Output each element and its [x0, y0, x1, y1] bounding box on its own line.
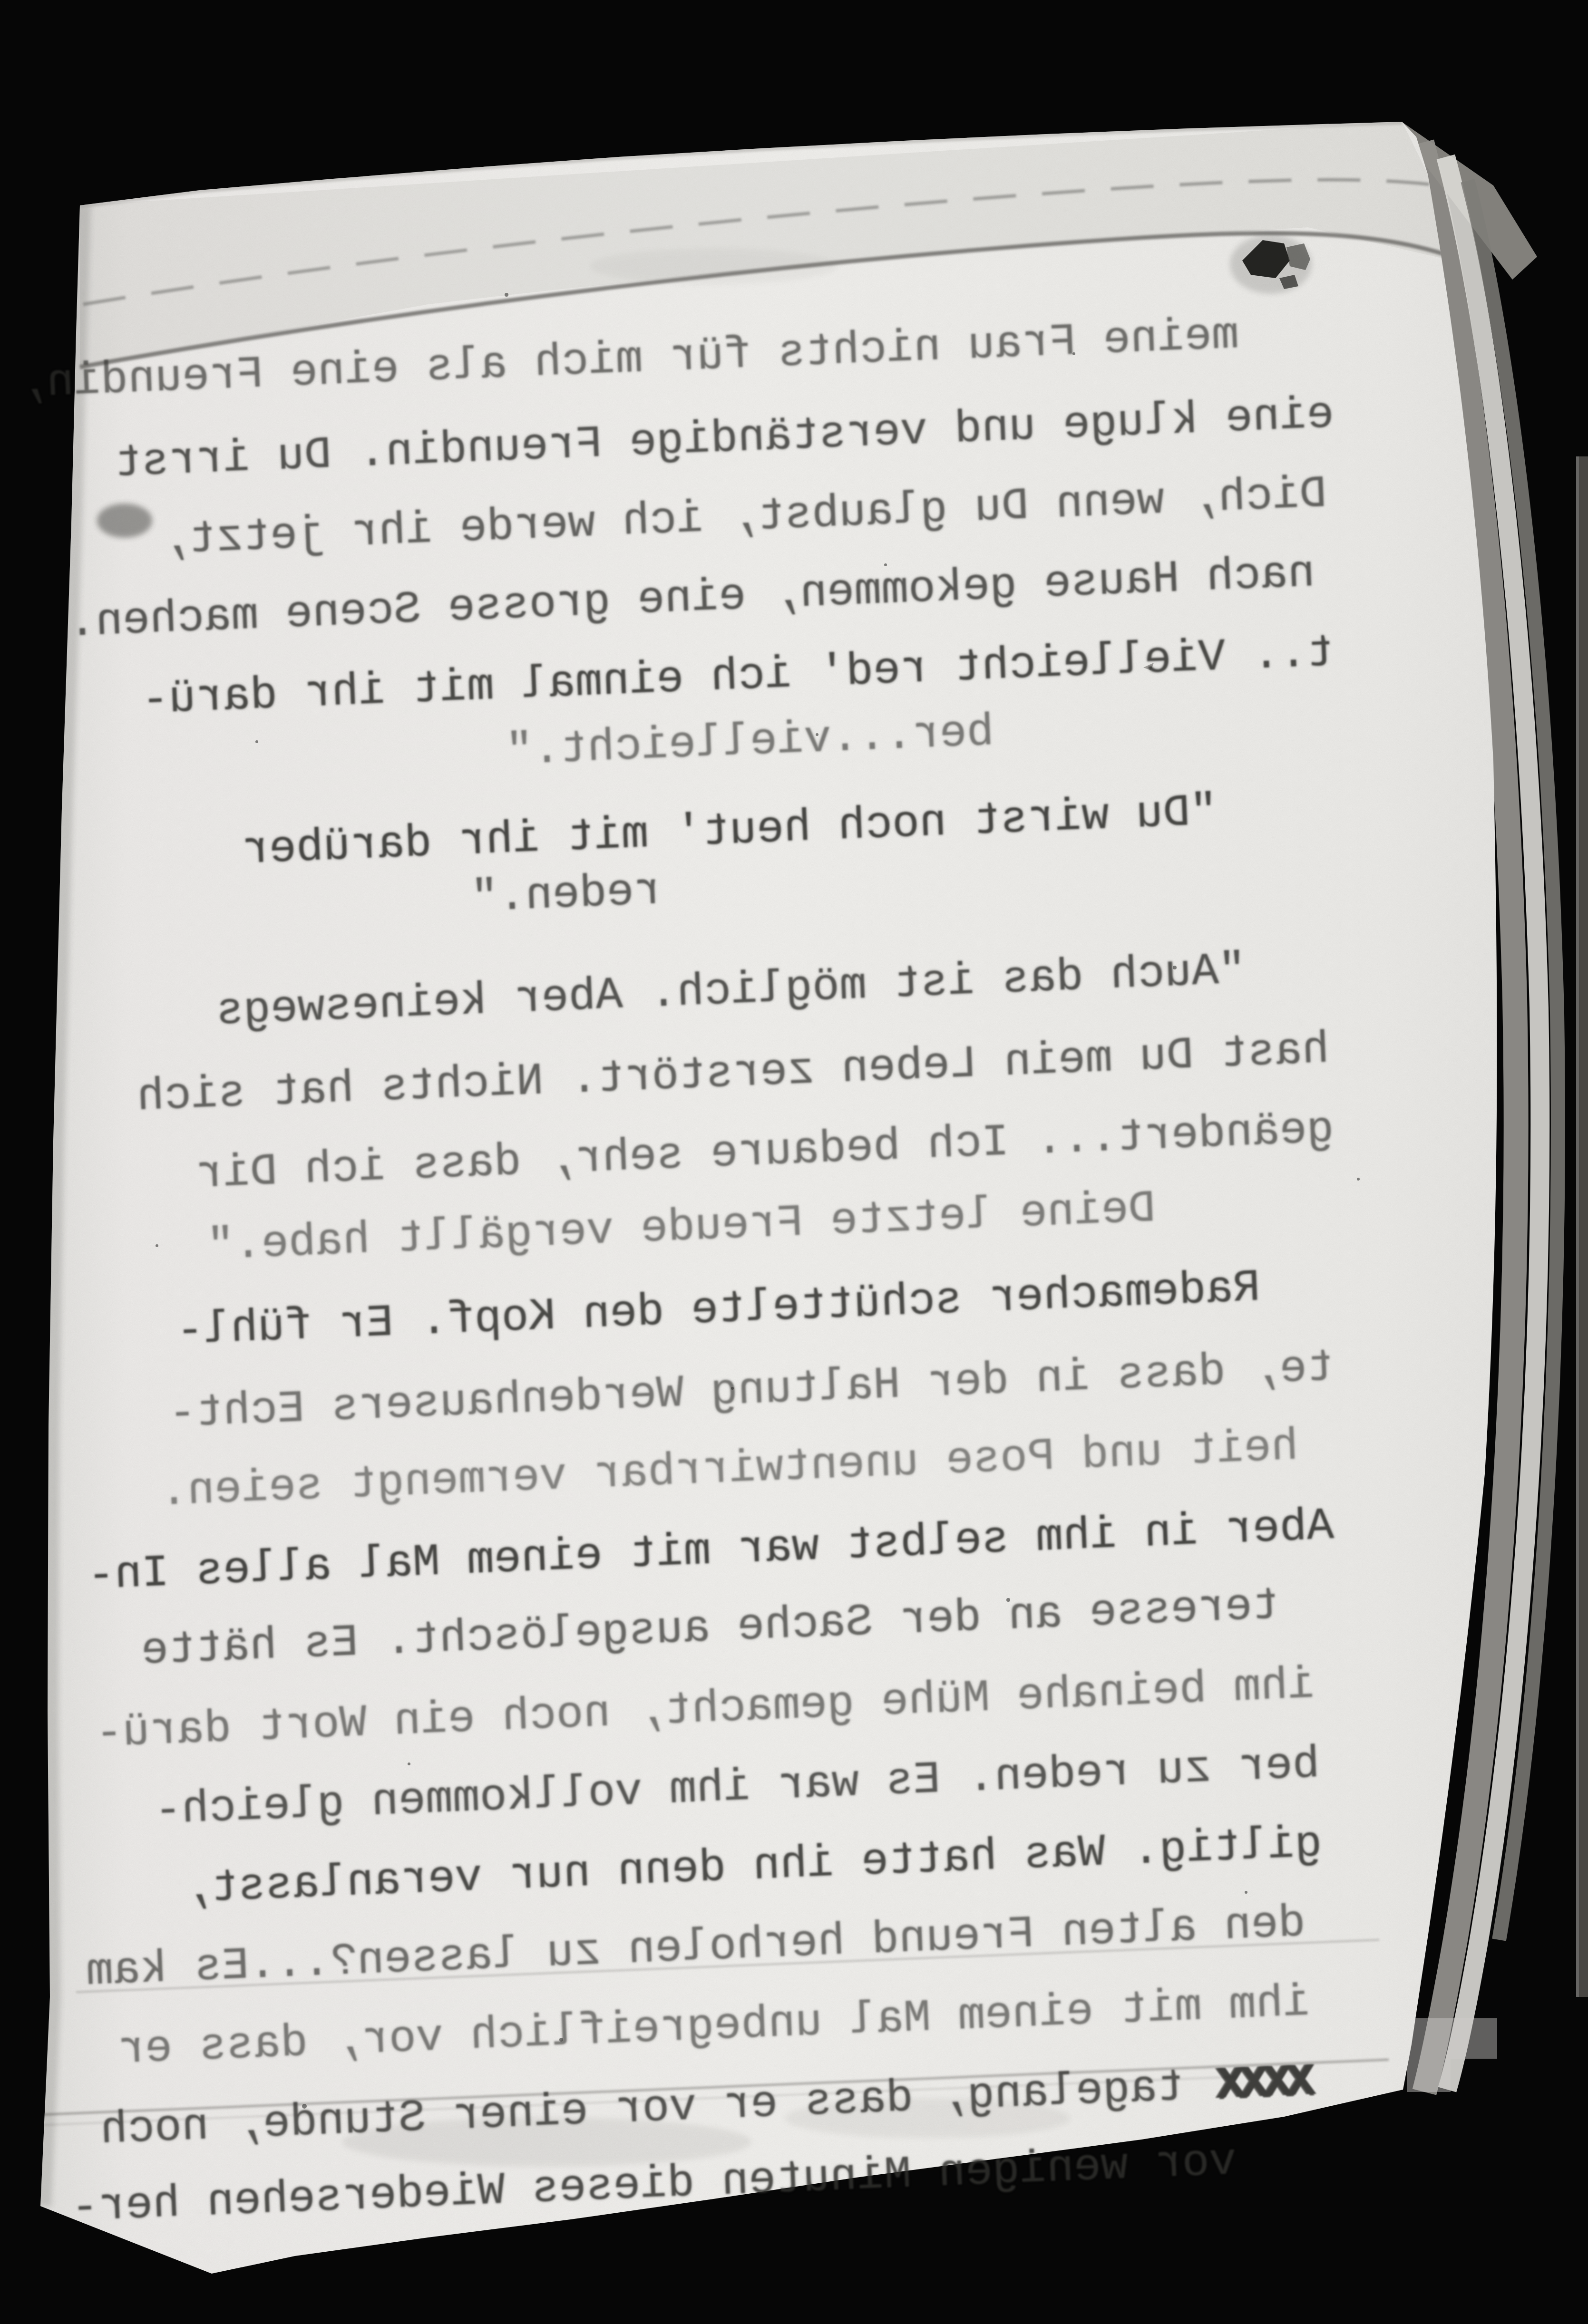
paper-grain	[0, 0, 1588, 2324]
ghost-text-smear-2	[785, 2098, 1070, 2138]
scanned-page-photo: meine Frau nichts für mich als eine Freu…	[0, 0, 1588, 2324]
left-edge-smudge	[97, 504, 152, 538]
ghost-text-smear-1	[342, 2117, 751, 2167]
ghost-text-smear-top	[590, 248, 837, 284]
far-right-page-sliver-highlight	[1576, 456, 1579, 1997]
scan-scene	[0, 0, 1588, 2324]
far-right-page-sliver	[1579, 456, 1588, 1997]
ink-blot	[1230, 235, 1312, 294]
